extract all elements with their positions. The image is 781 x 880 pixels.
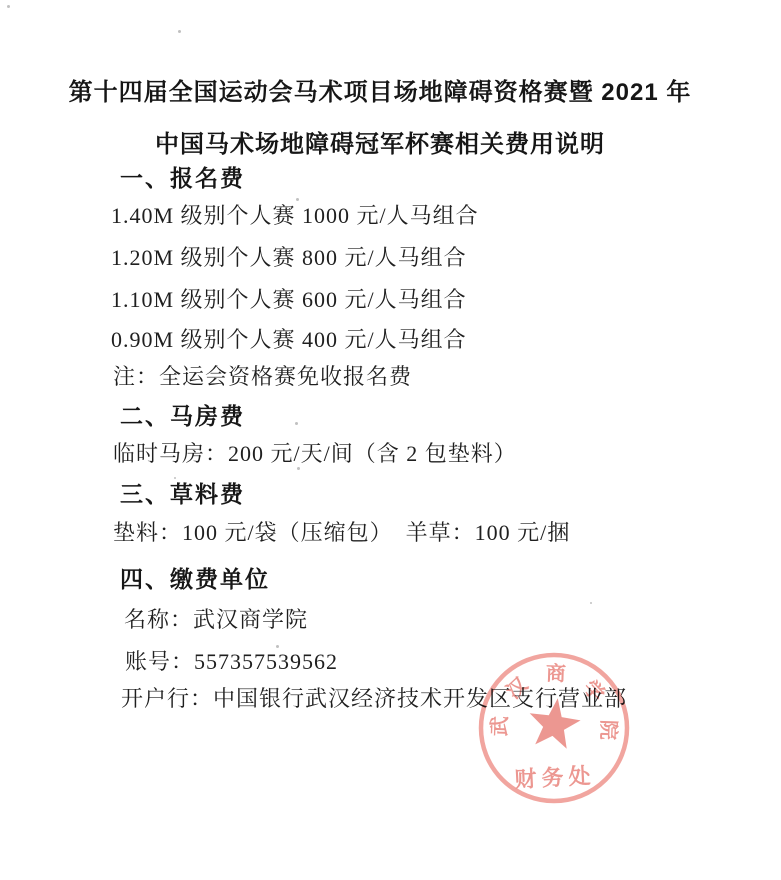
forage-fee-line: 垫料：100 元/袋（压缩包） 羊草：100 元/捆: [113, 520, 570, 546]
scan-speck: [296, 198, 299, 201]
seal-arc-char-4: 学: [578, 675, 609, 706]
scan-speck: [297, 467, 300, 470]
seal-ring-group: 武 汉 商 学 院 财务处: [481, 655, 627, 801]
document-title-line-1: 第十四届全国运动会马术项目场地障碍资格赛暨 2021 年: [0, 72, 760, 107]
payee-name-line: 名称：武汉商学院: [124, 607, 308, 633]
registration-fee-note: 注：全运会资格赛免收报名费: [113, 364, 412, 390]
seal-arc-char-3: 商: [545, 661, 566, 686]
section-heading-registration-fee: 一、报名费: [120, 165, 245, 193]
payee-account-line: 账号：557357539562: [125, 649, 338, 675]
scanned-document-page: 第十四届全国运动会马术项目场地障碍资格赛暨 2021 年 中国马术场地障碍冠军杯…: [0, 0, 781, 880]
fee-item-110m: 1.10M 级别个人赛 600 元/人马组合: [111, 287, 467, 313]
seal-star: [526, 695, 584, 750]
seal-arc-char-1: 武: [487, 716, 512, 737]
seal-bottom-text: 财务处: [514, 763, 596, 792]
seal-arc-char-5: 院: [596, 719, 621, 740]
seal-arc-char-2: 汉: [502, 672, 533, 703]
scan-speck: [295, 422, 298, 425]
fee-item-140m: 1.40M 级别个人赛 1000 元/人马组合: [111, 203, 479, 229]
document-title-line-2: 中国马术场地障碍冠军杯赛相关费用说明: [0, 124, 760, 159]
fee-item-090m: 0.90M 级别个人赛 400 元/人马组合: [111, 327, 467, 353]
stable-fee-line: 临时马房：200 元/天/间（含 2 包垫料）: [113, 441, 517, 467]
section-heading-payee: 四、缴费单位: [120, 566, 270, 594]
scan-speck: [590, 602, 592, 604]
scan-speck: [174, 477, 176, 479]
section-heading-stable-fee: 二、马房费: [120, 403, 245, 431]
scan-speck: [276, 645, 279, 648]
scan-speck: [7, 5, 10, 8]
scan-speck: [178, 30, 181, 33]
fee-item-120m: 1.20M 级别个人赛 800 元/人马组合: [111, 245, 467, 271]
section-heading-forage-fee: 三、草料费: [120, 481, 245, 509]
scan-speck: [160, 140, 163, 143]
official-seal: 武 汉 商 学 院 财务处: [452, 626, 656, 830]
